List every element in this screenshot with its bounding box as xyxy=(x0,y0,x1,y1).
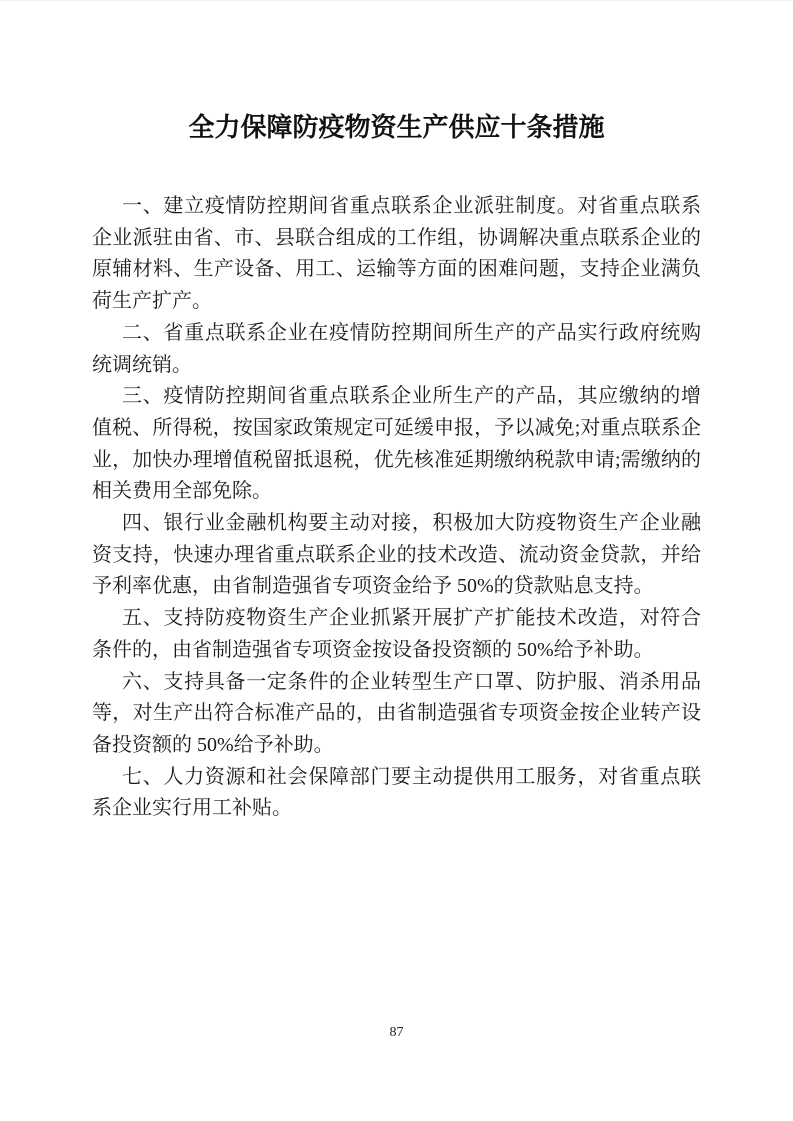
paragraph-measure-6: 六、支持具备一定条件的企业转型生产口罩、防护服、消杀用品等，对生产出符合标准产品… xyxy=(92,667,701,762)
paragraph-measure-5: 五、支持防疫物资生产企业抓紧开展扩产扩能技术改造，对符合条件的，由省制造强省专项… xyxy=(92,603,701,666)
paragraph-measure-3: 三、疫情防控期间省重点联系企业所生产的产品，其应缴纳的增值税、所得税，按国家政策… xyxy=(92,381,701,508)
document-page: 全力保障防疫物资生产供应十条措施 一、建立疫情防控期间省重点联系企业派驻制度。对… xyxy=(0,0,793,1121)
document-title: 全力保障防疫物资生产供应十条措施 xyxy=(92,1,701,145)
paragraph-measure-4: 四、银行业金融机构要主动对接，积极加大防疫物资生产企业融资支持，快速办理省重点联… xyxy=(92,508,701,603)
paragraph-measure-1: 一、建立疫情防控期间省重点联系企业派驻制度。对省重点联系企业派驻由省、市、县联合… xyxy=(92,191,701,318)
paragraph-measure-7: 七、人力资源和社会保障部门要主动提供用工服务，对省重点联系企业实行用工补贴。 xyxy=(92,762,701,825)
document-content: 全力保障防疫物资生产供应十条措施 一、建立疫情防控期间省重点联系企业派驻制度。对… xyxy=(92,1,701,825)
document-body: 一、建立疫情防控期间省重点联系企业派驻制度。对省重点联系企业派驻由省、市、县联合… xyxy=(92,191,701,825)
paragraph-measure-2: 二、省重点联系企业在疫情防控期间所生产的产品实行政府统购统调统销。 xyxy=(92,318,701,381)
page-number: 87 xyxy=(0,1025,793,1041)
